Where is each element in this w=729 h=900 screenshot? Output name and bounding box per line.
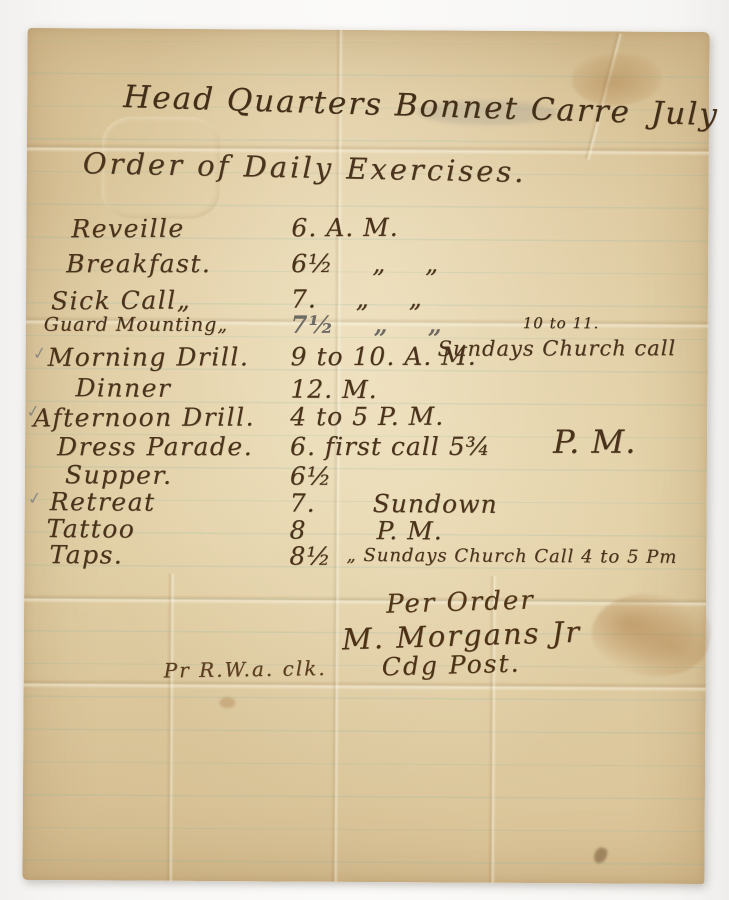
- item-name: Sick Call„: [51, 285, 191, 315]
- item-name: Dress Parade.: [57, 432, 253, 461]
- item-name: Dinner: [75, 373, 171, 403]
- item-name: Supper.: [65, 460, 173, 490]
- item-time: 8: [289, 516, 306, 545]
- item-note: Sundown: [373, 489, 498, 519]
- item-time: 6. A. M.: [291, 213, 398, 242]
- item-time: 7.: [290, 489, 316, 518]
- item-time: 12. M.: [290, 375, 377, 405]
- item-time: 6½ „ „: [291, 249, 439, 278]
- document-header: Head Quarters Bonnet Carre July 31st 186…: [123, 79, 729, 139]
- item-name: Taps.: [49, 540, 123, 569]
- handwriting-layer: Head Quarters Bonnet Carre July 31st 186…: [22, 28, 709, 884]
- item-time: 6. first call 5¾: [290, 432, 491, 461]
- item-name: Retreat: [50, 487, 156, 517]
- item-name: Afternoon Drill.: [33, 402, 255, 432]
- item-time-pencil: 7½ „ „: [291, 310, 443, 339]
- item-name: Morning Drill.: [48, 342, 250, 372]
- header-place: Head Quarters Bonnet Carre: [123, 79, 632, 130]
- item-note: P. M.: [553, 423, 636, 461]
- manuscript-page: Head Quarters Bonnet Carre July 31st 186…: [22, 28, 709, 884]
- item-name: Reveille: [71, 214, 184, 243]
- header-date: July 31st 1863.: [650, 95, 729, 139]
- item-name: Breakfast.: [66, 249, 211, 278]
- signature-title: Cdg Post.: [381, 649, 521, 682]
- pencil-checkmark: ✓: [25, 401, 42, 423]
- clerk-line: Pr R.W.a. clk.: [164, 656, 327, 682]
- scan-background: Head Quarters Bonnet Carre July 31st 186…: [0, 0, 729, 900]
- pencil-checkmark: ✓: [26, 488, 43, 510]
- item-time: 4 to 5 P. M.: [290, 402, 444, 432]
- item-time: 6½: [290, 462, 332, 491]
- item-note: „ Sundays Church Call 4 to 5 Pm: [346, 545, 677, 568]
- item-name: Guard Mounting„: [44, 314, 228, 336]
- pencil-checkmark: ✓: [31, 343, 48, 365]
- schedule-row: Taps. 8½ „ Sundays Church Call 4 to 5 Pm: [24, 540, 706, 578]
- item-note: P. M.: [376, 516, 442, 545]
- schedule-row: Morning Drill. 9 to 10. A. M. Sundays Ch…: [26, 341, 708, 377]
- item-note: 10 to 11.: [523, 314, 600, 332]
- document-title: Order of Daily Exercises.: [82, 146, 526, 189]
- item-time: 8½: [289, 542, 331, 571]
- per-order-line: Per Order: [386, 585, 535, 619]
- schedule-row: Breakfast. 6½ „ „: [26, 249, 708, 284]
- item-note: Sundays Church call: [438, 336, 677, 361]
- schedule-row: Reveille 6. A. M.: [26, 212, 708, 249]
